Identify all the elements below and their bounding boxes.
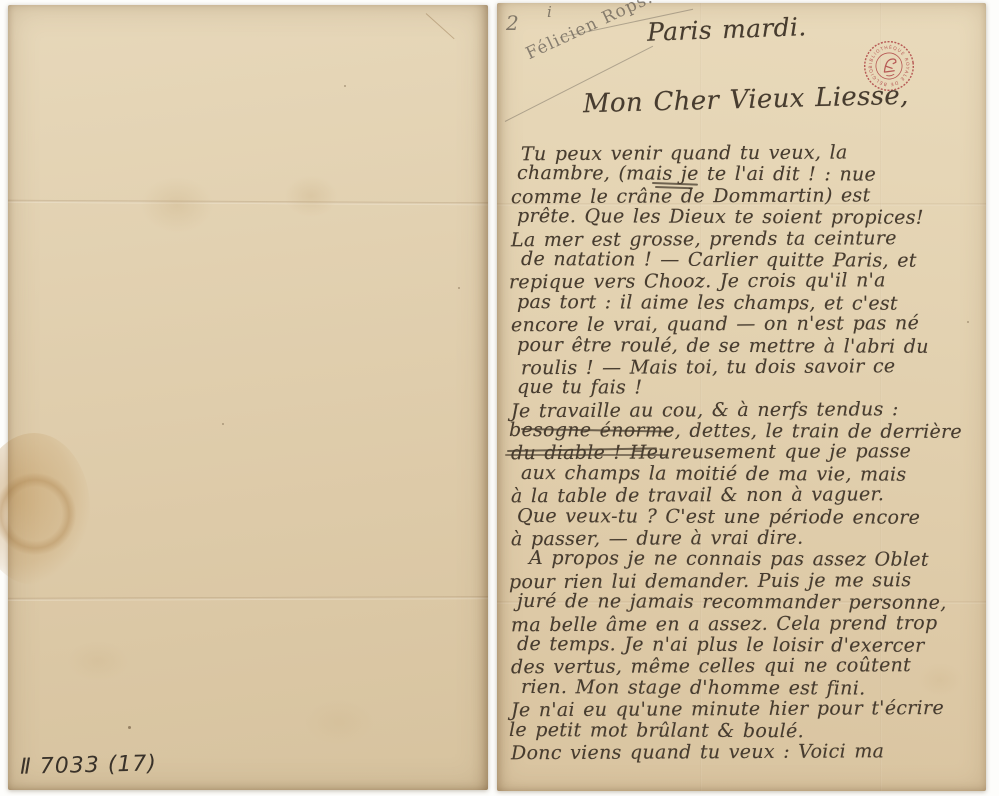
ink-underline-du-diable — [505, 454, 667, 456]
paper-smudge — [66, 641, 130, 681]
letter-salutation: Mon Cher Vieux Liesse, — [583, 81, 909, 120]
paper-smudge — [284, 175, 338, 217]
inventory-number: Ⅱ 7033 (17) — [20, 751, 158, 780]
paper-speck — [128, 726, 131, 729]
letter-line: Que veux-tu ? C'est une période encore — [517, 506, 982, 529]
letter-line: de natation ! — Carlier quitte Paris, et — [521, 249, 982, 272]
fold-crease — [8, 200, 488, 206]
letter-line: encore le vrai, quand — on n'est pas né — [511, 313, 982, 337]
paper-stain-ring — [0, 471, 78, 557]
letter-line: pour être roulé, de se mettre à l'abri d… — [517, 335, 982, 358]
paper-smudge — [304, 699, 374, 745]
letter-line: Je n'ai eu qu'une minute hier pour t'écr… — [511, 698, 982, 722]
fold-crease — [8, 596, 488, 601]
letter-line: Donc viens quand tu veux : Voici ma — [511, 741, 982, 765]
letter-line: le petit mot brûlant & boulé. — [509, 720, 982, 743]
pencil-tick-mark: i — [547, 3, 552, 21]
letter-page-left-blank: Ⅱ 7033 (17) — [8, 5, 488, 790]
letter-line: que tu fais ! — [517, 377, 982, 400]
letter-line: A propos je ne connais pas assez Oblet — [529, 548, 982, 571]
corner-crease — [426, 13, 455, 39]
letter-line: prête. Que les Dieux te soient propices! — [517, 206, 982, 229]
paper-speck — [222, 423, 224, 425]
letter-line: aux champs la moitié de ma vie, mais — [521, 463, 982, 486]
stamp-lion-emblem — [883, 59, 898, 77]
letter-line: chambre, (mais je te l'ai dit ! : nue — [517, 163, 982, 186]
paper-speck — [458, 287, 460, 289]
pencil-page-number: 2 — [506, 11, 519, 35]
letter-page-right: 2 i Félicien Rops. BIBLIOTHÈQUE ROYALE D… — [497, 3, 986, 791]
letter-line: besogne énorme, dettes, le train de derr… — [509, 420, 982, 443]
paper-speck — [344, 85, 346, 87]
letter-dateline: Paris mardi. — [647, 12, 807, 47]
paper-stain — [0, 433, 90, 585]
paper-smudge — [140, 177, 214, 233]
letter-line: de temps. Je n'ai plus le loisir d'exerc… — [517, 634, 982, 657]
letter-line: juré de ne jamais recommander personne, — [517, 591, 982, 614]
scanned-letter: Ⅱ 7033 (17) 2 i Félicien Rops. BIBLIOTHÈ… — [0, 0, 999, 796]
